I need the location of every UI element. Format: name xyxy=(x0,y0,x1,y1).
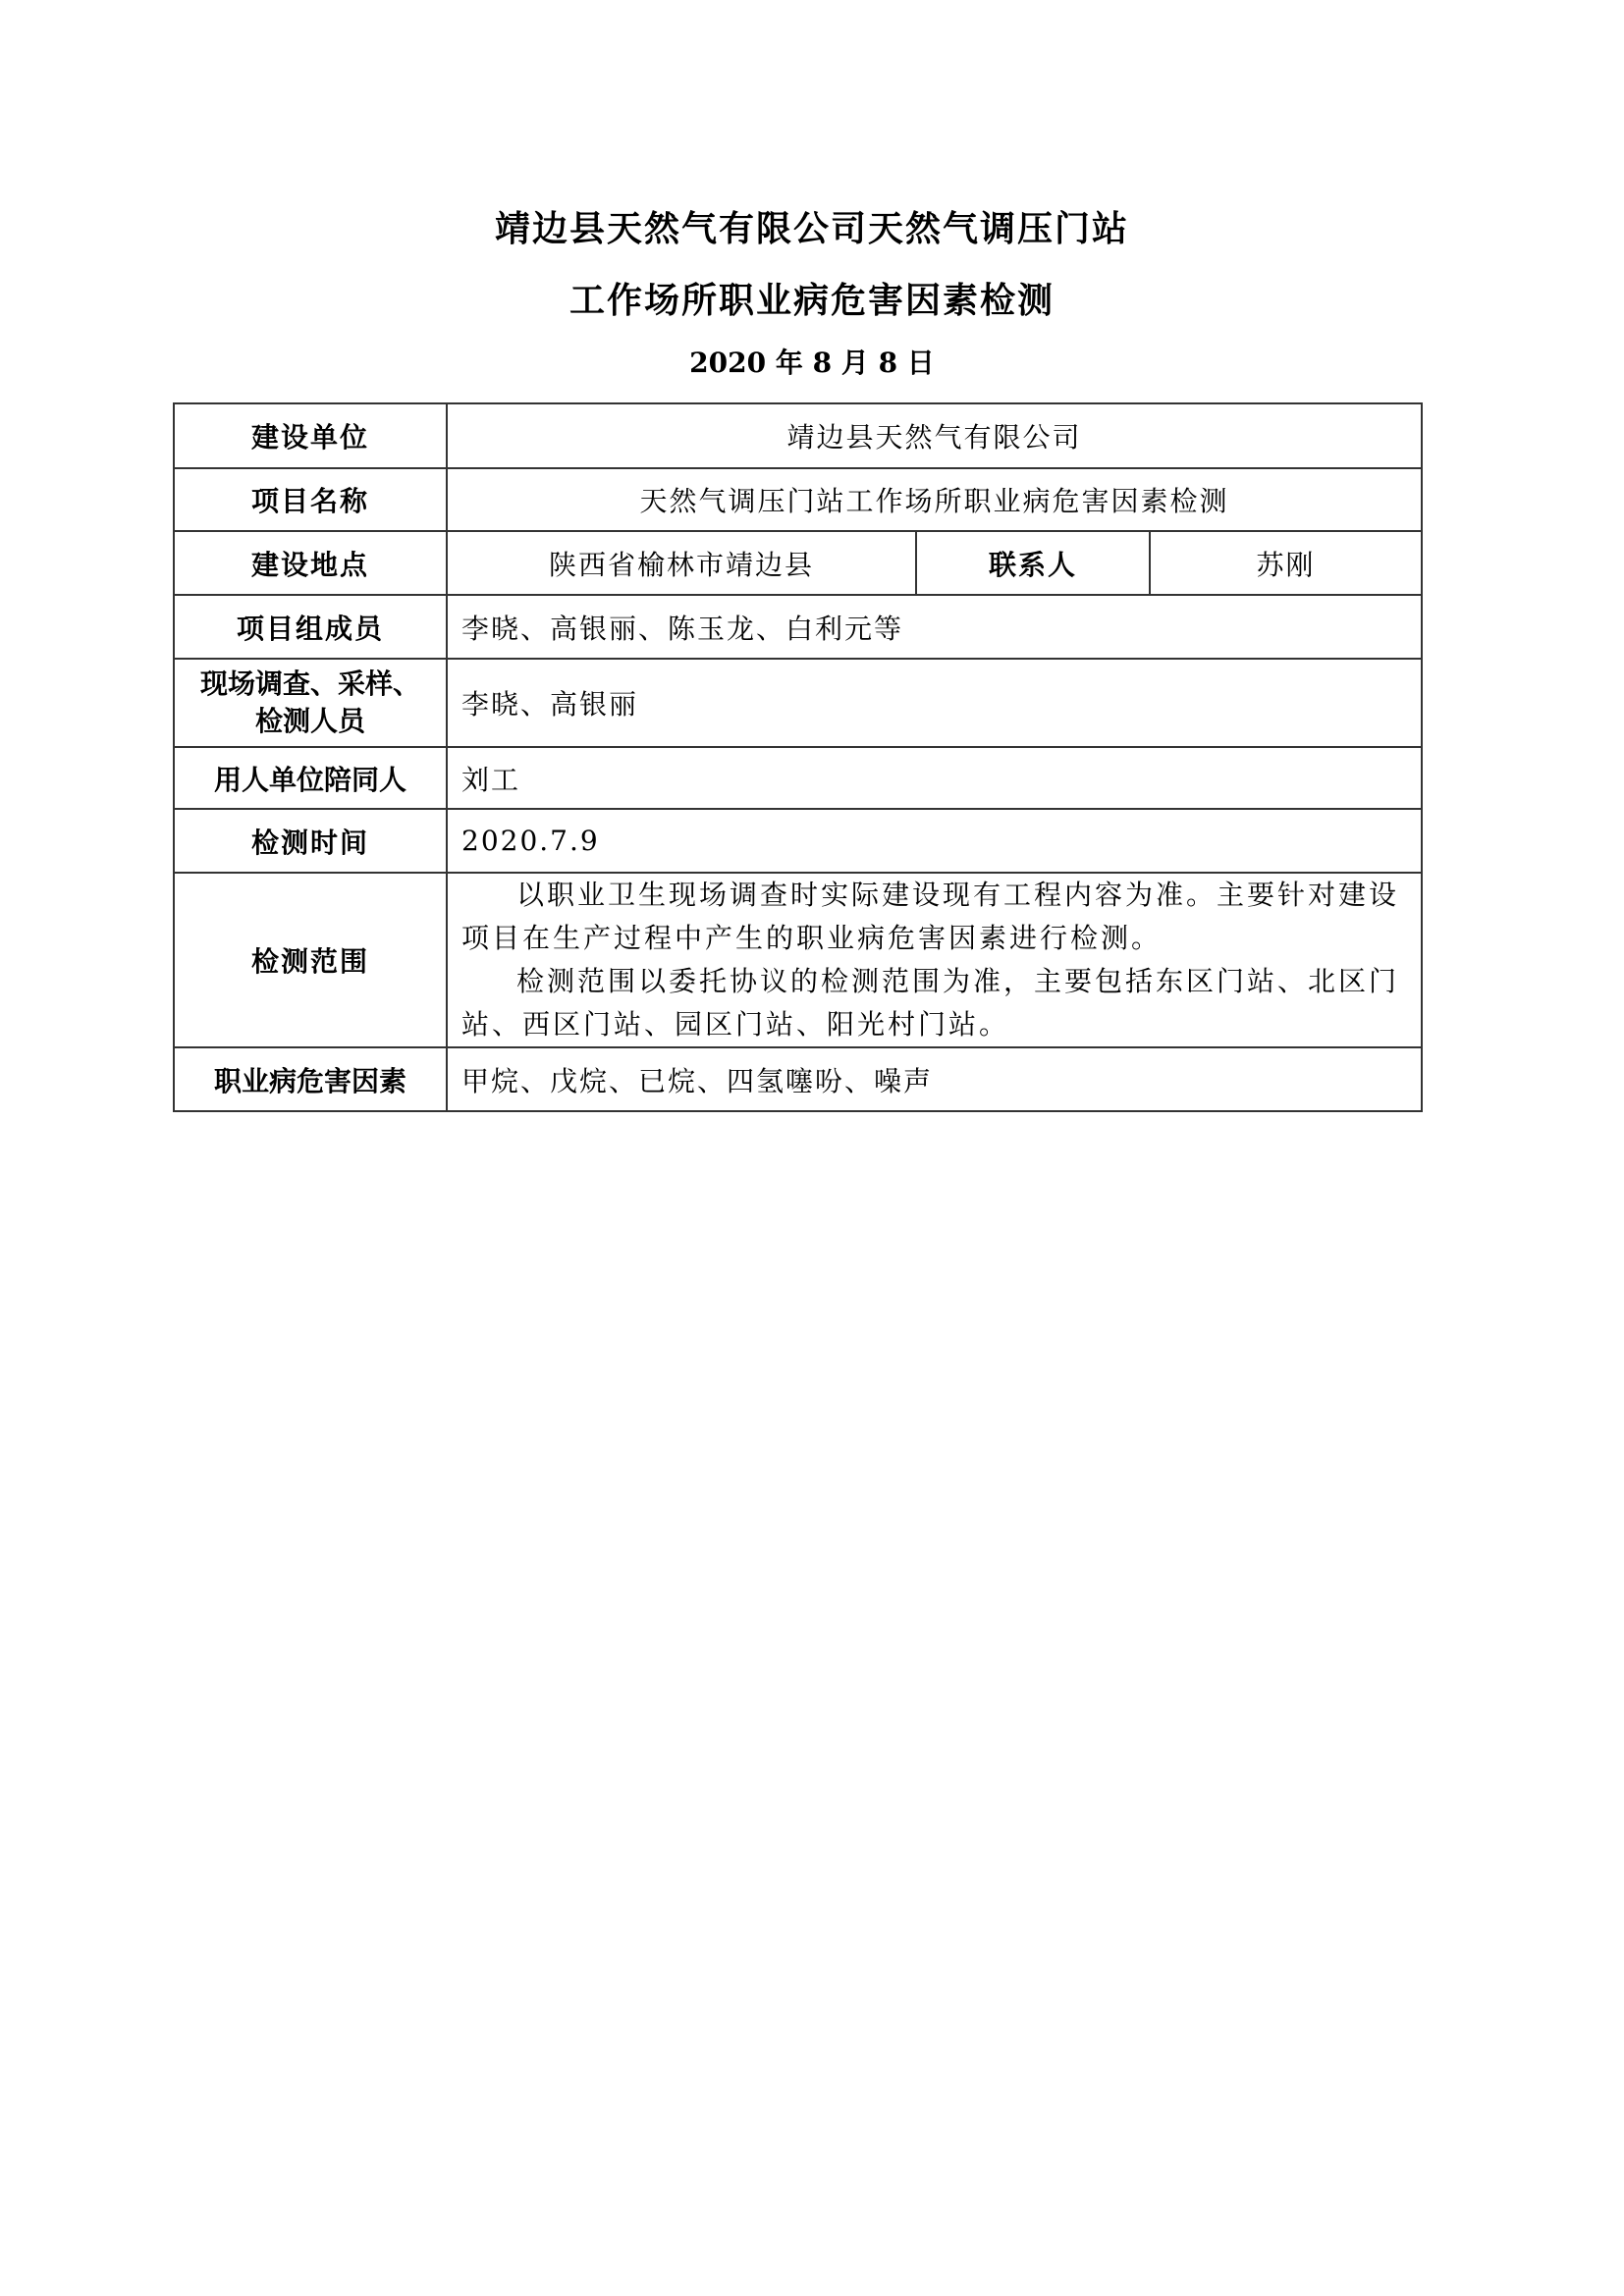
table-row: 用人单位陪同人 刘工 xyxy=(174,747,1422,809)
table-row: 建设地点 陕西省榆林市靖边县 联系人 苏刚 xyxy=(174,531,1422,595)
project-name-value: 天然气调压门站工作场所职业病危害因素检测 xyxy=(447,468,1422,531)
table-row: 项目名称 天然气调压门站工作场所职业病危害因素检测 xyxy=(174,468,1422,531)
project-name-label: 项目名称 xyxy=(174,468,447,531)
construction-unit-value: 靖边县天然气有限公司 xyxy=(447,403,1422,468)
test-time-label: 检测时间 xyxy=(174,809,447,873)
field-staff-label-line1: 现场调查、采样、 xyxy=(189,666,432,703)
construction-site-value: 陕西省榆林市靖边县 xyxy=(447,531,916,595)
test-scope-paragraph-2: 检测范围以委托协议的检测范围为准，主要包括东区门站、北区门站、西区门站、园区门站… xyxy=(461,960,1407,1046)
field-staff-label: 现场调查、采样、 检测人员 xyxy=(174,659,447,747)
construction-site-label: 建设地点 xyxy=(174,531,447,595)
document-subtitle: 工作场所职业病危害因素检测 xyxy=(0,273,1624,323)
test-scope-value: 以职业卫生现场调查时实际建设现有工程内容为准。主要针对建设项目在生产过程中产生的… xyxy=(447,873,1422,1047)
table-row: 职业病危害因素 甲烷、戊烷、已烷、四氢噻吩、噪声 xyxy=(174,1047,1422,1111)
project-members-value: 李晓、高银丽、陈玉龙、白利元等 xyxy=(447,595,1422,659)
contact-value: 苏刚 xyxy=(1150,531,1422,595)
table-row: 建设单位 靖边县天然气有限公司 xyxy=(174,403,1422,468)
test-scope-label: 检测范围 xyxy=(174,873,447,1047)
document-title: 靖边县天然气有限公司天然气调压门站 xyxy=(0,201,1624,251)
table-row: 现场调查、采样、 检测人员 李晓、高银丽 xyxy=(174,659,1422,747)
field-staff-value: 李晓、高银丽 xyxy=(447,659,1422,747)
test-scope-paragraph-1: 以职业卫生现场调查时实际建设现有工程内容为准。主要针对建设项目在生产过程中产生的… xyxy=(461,874,1407,960)
project-members-label: 项目组成员 xyxy=(174,595,447,659)
table-row: 检测范围 以职业卫生现场调查时实际建设现有工程内容为准。主要针对建设项目在生产过… xyxy=(174,873,1422,1047)
test-time-value: 2020.7.9 xyxy=(447,809,1422,873)
contact-label: 联系人 xyxy=(916,531,1150,595)
field-staff-label-line2: 检测人员 xyxy=(189,703,432,740)
table-row: 项目组成员 李晓、高银丽、陈玉龙、白利元等 xyxy=(174,595,1422,659)
employer-escort-value: 刘工 xyxy=(447,747,1422,809)
table-row: 检测时间 2020.7.9 xyxy=(174,809,1422,873)
info-table: 建设单位 靖边县天然气有限公司 项目名称 天然气调压门站工作场所职业病危害因素检… xyxy=(173,402,1423,1112)
document-date: 2020 年 8 月 8 日 xyxy=(0,342,1624,381)
hazard-factors-label: 职业病危害因素 xyxy=(174,1047,447,1111)
construction-unit-label: 建设单位 xyxy=(174,403,447,468)
employer-escort-label: 用人单位陪同人 xyxy=(174,747,447,809)
hazard-factors-value: 甲烷、戊烷、已烷、四氢噻吩、噪声 xyxy=(447,1047,1422,1111)
